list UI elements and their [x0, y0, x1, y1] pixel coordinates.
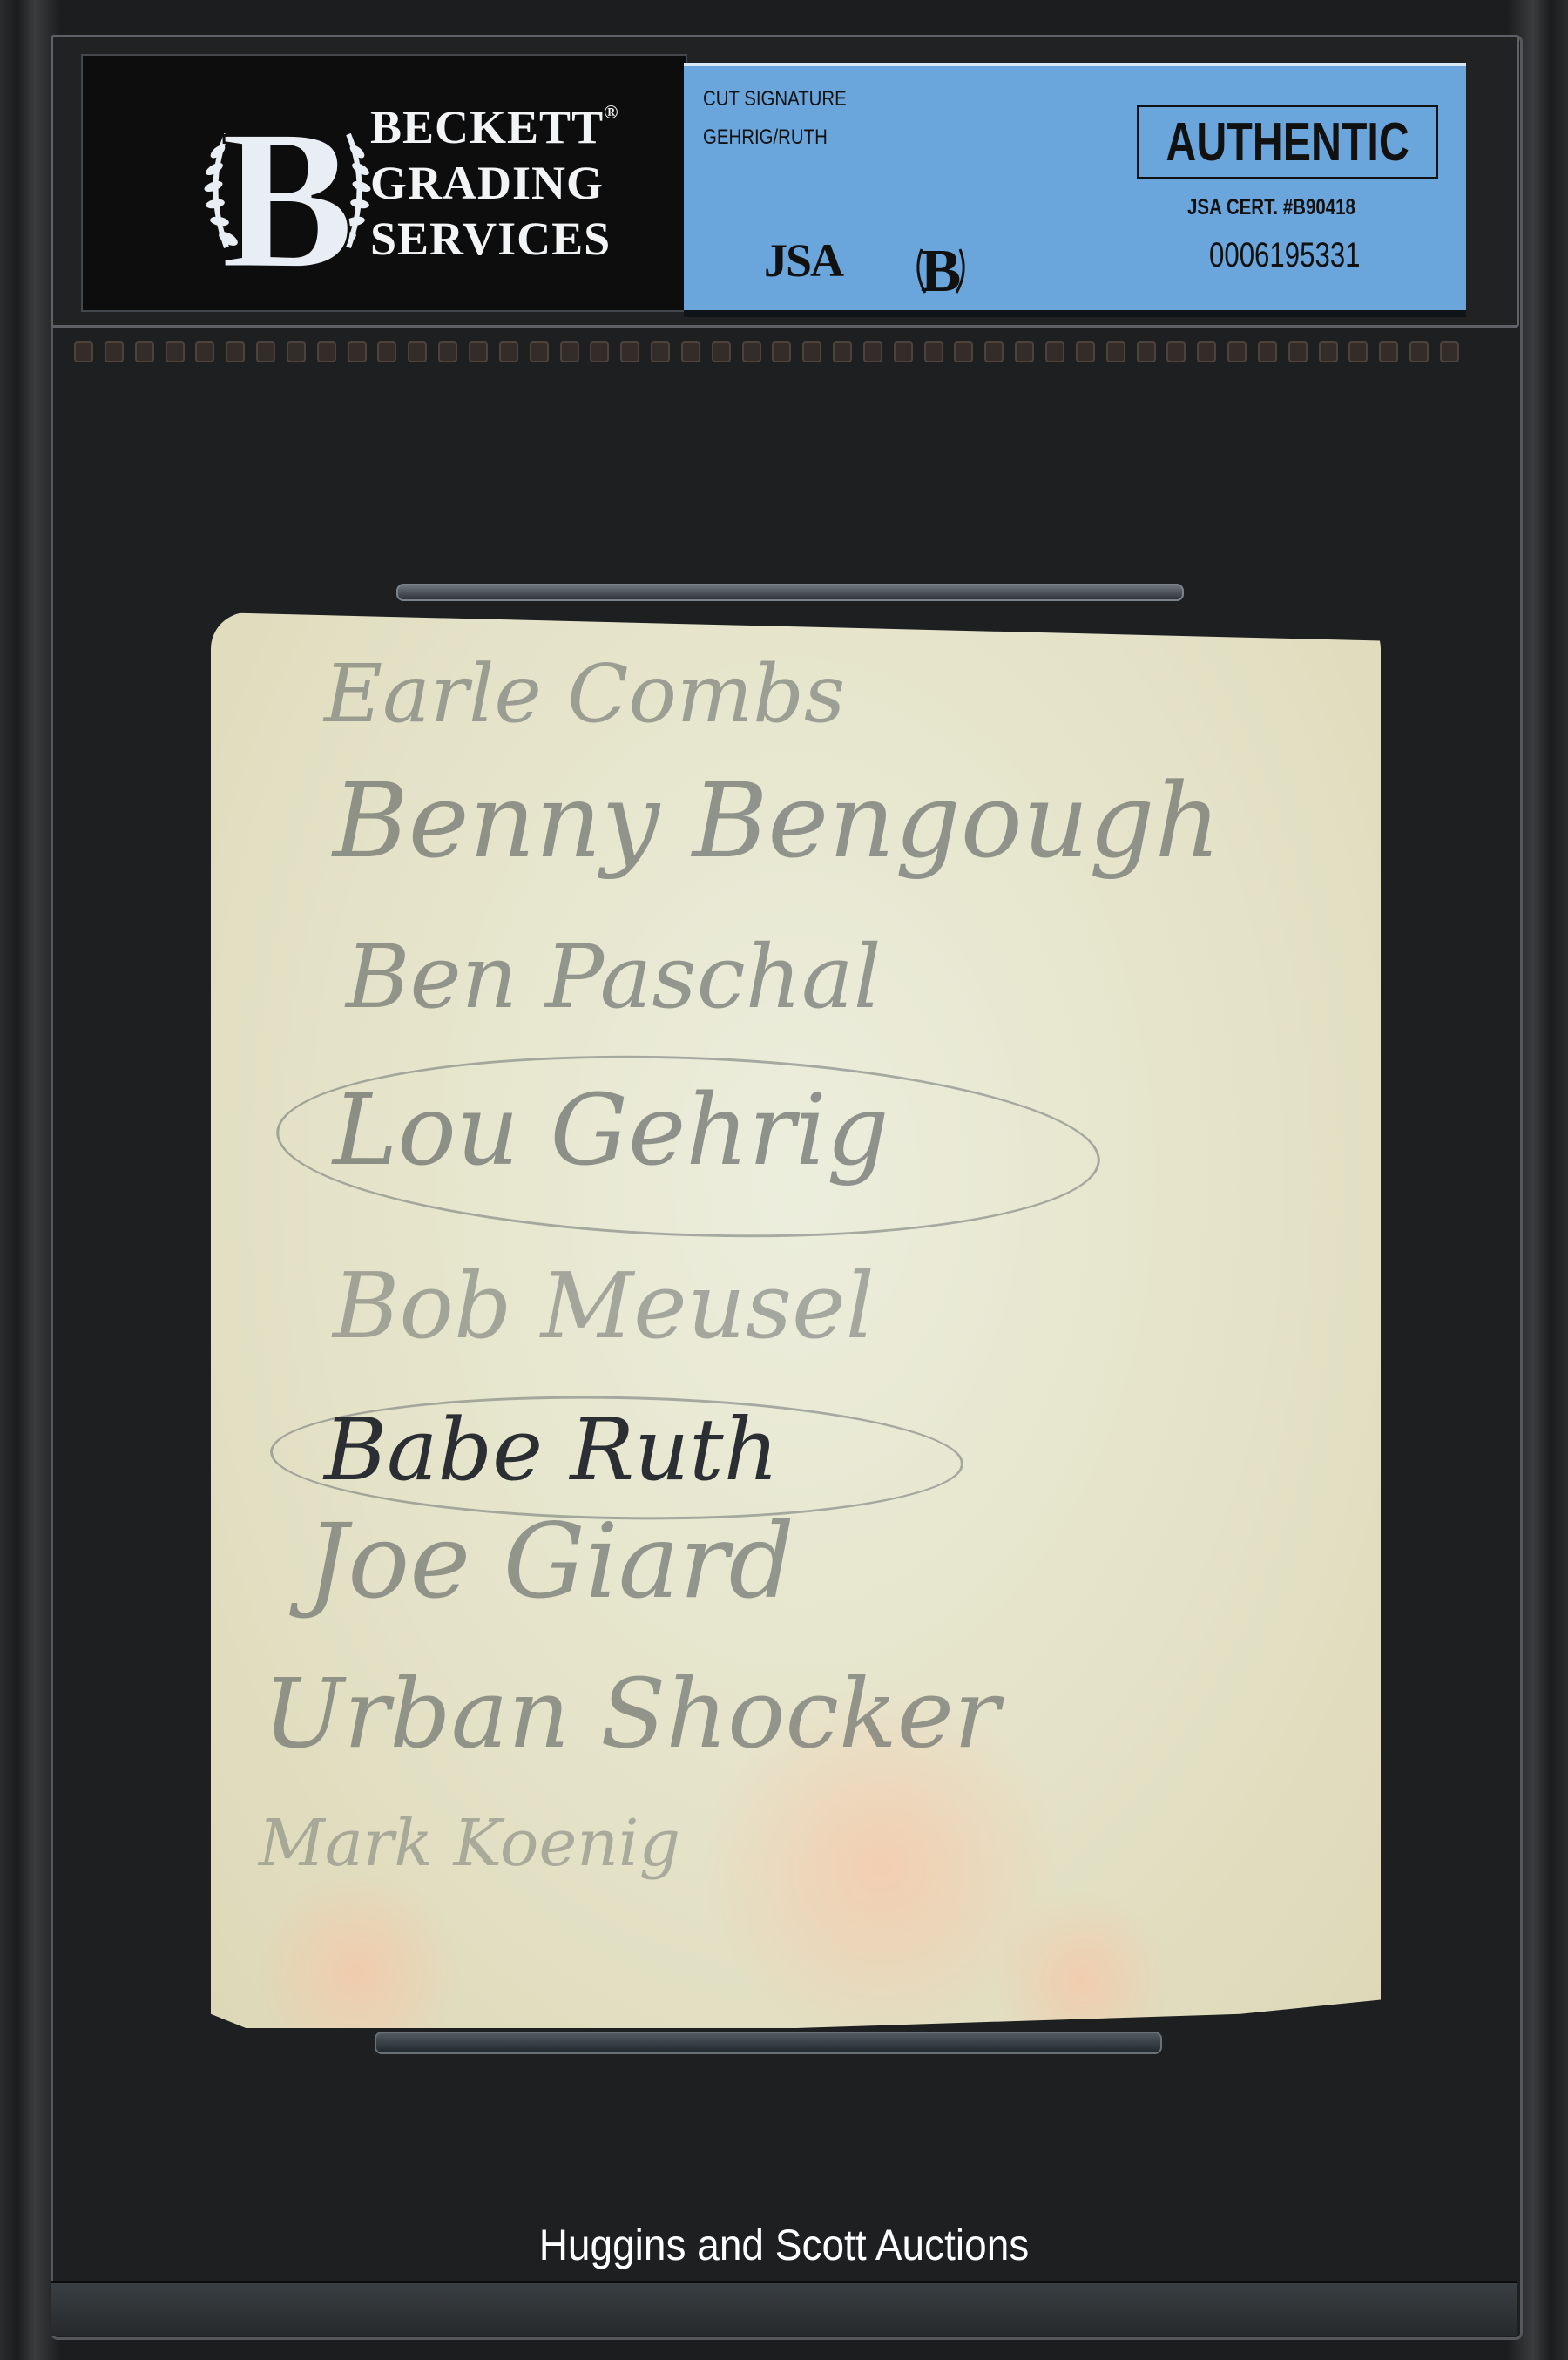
- signature-joe-giard: Joe Giard: [307, 1501, 794, 1621]
- subject-names: GEHRIG/RUTH: [703, 125, 828, 150]
- signature-bob-meusel: Bob Meusel: [333, 1253, 875, 1359]
- signature-earle-combs: Earle Combs: [324, 647, 845, 740]
- jsa-logo: JSA: [764, 233, 842, 287]
- auction-watermark: Huggins and Scott Auctions: [63, 2220, 1505, 2270]
- jsa-cert-number: JSA CERT. #B90418: [1187, 195, 1355, 220]
- svg-text:B: B: [921, 238, 962, 301]
- signature-benny-bengough: Benny Bengough: [333, 761, 1220, 881]
- signature-urban-shocker: Urban Shocker: [263, 1658, 999, 1769]
- bottom-retainer-clip: [375, 2032, 1162, 2054]
- serial-number: 0006195331: [1209, 236, 1361, 275]
- item-type: CUT SIGNATURE: [703, 87, 847, 112]
- signed-album-page: Earle Combs Benny Bengough Ben Paschal L…: [211, 612, 1381, 2028]
- grade-text: AUTHENTIC: [1166, 112, 1409, 173]
- certification-label: CUT SIGNATURE GEHRIG/RUTH AUTHENTIC JSA …: [684, 63, 1466, 317]
- beckett-brand-panel: B BECKETT® GRADING SERVICES: [81, 54, 687, 312]
- svg-text:B: B: [220, 88, 354, 291]
- signature-lou-gehrig: Lou Gehrig: [333, 1074, 889, 1187]
- case-perforation-row: [74, 341, 1459, 361]
- beckett-mini-logo-icon: B: [906, 232, 976, 301]
- signature-ben-paschal: Ben Paschal: [346, 926, 882, 1028]
- grade-box: AUTHENTIC: [1137, 105, 1438, 179]
- signature-mark-koenig: Mark Koenig: [259, 1806, 680, 1881]
- signature-babe-ruth: Babe Ruth: [324, 1401, 779, 1500]
- beckett-brand-text: BECKETT® GRADING SERVICES: [370, 99, 619, 267]
- top-retainer-clip: [396, 584, 1184, 601]
- slab-bottom-edge: [51, 2281, 1517, 2336]
- beckett-laurel-b-icon: B: [192, 82, 383, 291]
